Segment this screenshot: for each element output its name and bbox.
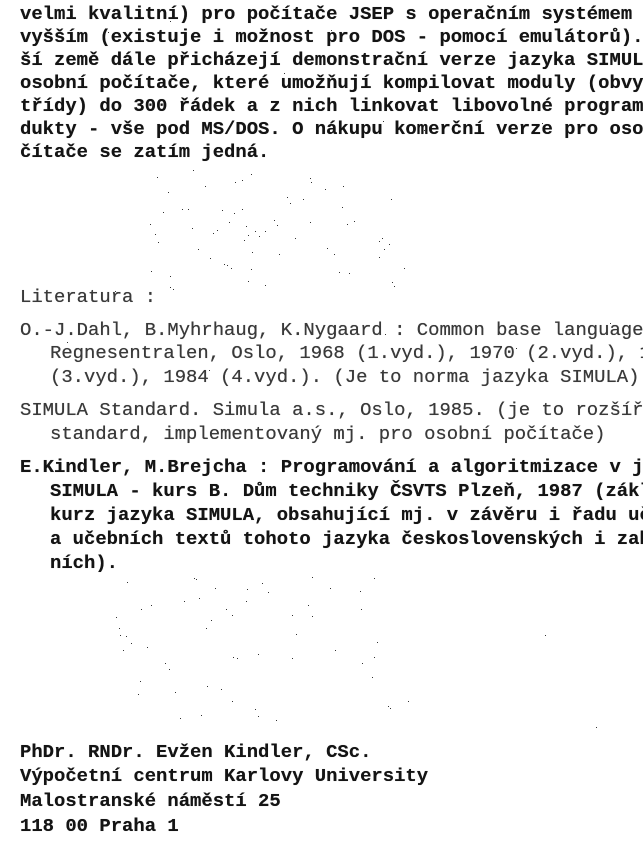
scan-speck [296, 634, 297, 635]
scan-speck [234, 213, 235, 214]
scan-speck [119, 628, 120, 629]
scan-speck [310, 222, 311, 223]
scan-speck [340, 356, 341, 357]
scan-speck [211, 620, 212, 621]
scan-speck [349, 273, 350, 274]
scan-speck [196, 579, 197, 580]
scan-speck [385, 334, 386, 335]
scan-speck [265, 231, 266, 232]
scan-speck [265, 285, 266, 286]
reference-line: a učebních textů tohoto jazyka českoslov… [50, 528, 643, 550]
intro-line: třídy) do 300 řádek a z nich linkovat li… [20, 95, 643, 117]
scan-speck [379, 241, 380, 242]
scan-speck [163, 212, 164, 213]
scan-speck [246, 601, 247, 602]
scan-speck [274, 220, 275, 221]
scan-speck [224, 264, 225, 265]
scan-speck [170, 276, 171, 277]
scan-speck [268, 592, 269, 593]
scan-speck [390, 708, 391, 709]
scan-speck [217, 230, 218, 231]
author-street: Malostranské náměstí 25 [20, 790, 281, 812]
scan-speck [360, 591, 361, 592]
scan-speck [246, 226, 247, 227]
reference-line: Regnesentralen, Oslo, 1968 (1.vyd.), 197… [50, 342, 643, 364]
scan-speck [248, 281, 249, 282]
scan-speck [277, 225, 278, 226]
scan-speck [227, 265, 228, 266]
scan-speck [232, 615, 233, 616]
reference-line: SIMULA Standard. Simula a.s., Oslo, 1985… [20, 399, 643, 421]
scan-speck [383, 121, 384, 122]
scan-speck [258, 654, 259, 655]
scan-speck [248, 235, 249, 236]
scan-speck [372, 677, 373, 678]
scan-speck [392, 282, 393, 283]
scan-speck [247, 589, 248, 590]
scan-speck [259, 236, 260, 237]
scan-speck [231, 268, 232, 269]
scan-speck [127, 582, 128, 583]
scan-speck [192, 228, 193, 229]
scan-speck [295, 238, 296, 239]
reference-line: standard, implementovaný mj. pro osobní … [50, 423, 605, 445]
literature-heading: Literatura : [20, 286, 156, 308]
scan-speck [151, 271, 152, 272]
scan-speck [408, 701, 409, 702]
scan-speck [331, 30, 332, 31]
scan-speck [210, 258, 211, 259]
scan-speck [150, 224, 151, 225]
scan-speck [232, 701, 233, 702]
reference-line: ních). [50, 552, 118, 574]
scan-speck [194, 578, 195, 579]
scan-speck [199, 598, 200, 599]
scan-speck [138, 694, 139, 695]
scan-speck [279, 254, 280, 255]
scan-speck [347, 224, 348, 225]
scan-speck [205, 186, 206, 187]
scan-speck [209, 370, 210, 371]
scan-speck [175, 692, 176, 693]
scan-speck [131, 643, 132, 644]
scan-speck [251, 174, 252, 175]
scan-speck [184, 601, 185, 602]
scan-speck [206, 628, 207, 629]
scan-speck [610, 323, 611, 324]
scan-speck [391, 199, 392, 200]
scan-speck [379, 257, 380, 258]
scan-speck [140, 681, 141, 682]
scan-speck [116, 617, 117, 618]
intro-line: dukty - vše pod MS/DOS. O nákupu komerčn… [20, 118, 643, 140]
scan-speck [362, 663, 363, 664]
scan-speck [141, 609, 142, 610]
scan-speck [170, 287, 171, 288]
scan-speck [108, 32, 109, 33]
scan-speck [173, 289, 174, 290]
scan-speck [169, 669, 170, 670]
scan-speck [158, 242, 159, 243]
scan-speck [330, 588, 331, 589]
scan-speck [213, 233, 214, 234]
scan-speck [311, 182, 312, 183]
scan-speck [374, 578, 375, 579]
scan-speck [334, 254, 335, 255]
scan-speck [229, 222, 230, 223]
reference-line: O.-J.Dahl, B.Myhrhaug, K.Nygaard : Commo… [20, 319, 643, 341]
scan-speck [384, 249, 385, 250]
scan-speck [237, 658, 238, 659]
scan-speck [188, 209, 189, 210]
scan-speck [312, 616, 313, 617]
scan-speck [242, 180, 243, 181]
scan-speck [354, 221, 355, 222]
scan-speck [389, 244, 390, 245]
scan-speck [312, 577, 313, 578]
scan-speck [180, 718, 181, 719]
scan-speck [516, 348, 517, 349]
reference-line: (3.vyd.), 1984 (4.vyd.). (Je to norma ja… [50, 366, 639, 388]
author-name: PhDr. RNDr. Evžen Kindler, CSc. [20, 741, 371, 763]
scan-speck [155, 234, 156, 235]
scan-speck [222, 210, 223, 211]
scan-speck [235, 182, 236, 183]
scan-speck [287, 197, 288, 198]
intro-line: osobní počítače, které umožňují kompilov… [20, 72, 643, 94]
author-city: 118 00 Praha 1 [20, 815, 179, 837]
scan-speck [226, 609, 227, 610]
scan-speck [262, 583, 263, 584]
scan-speck [255, 231, 256, 232]
scan-speck [115, 291, 116, 292]
scan-speck [170, 21, 171, 22]
scan-speck [292, 658, 293, 659]
scan-speck [147, 647, 148, 648]
scan-speck [339, 272, 340, 273]
scan-speck [545, 635, 546, 636]
scan-speck [335, 650, 336, 651]
scan-speck [258, 716, 259, 717]
scan-speck [394, 286, 395, 287]
scan-speck [303, 199, 304, 200]
intro-line: čítače se zatím jedná. [20, 141, 269, 163]
scan-speck [382, 238, 383, 239]
scan-speck [67, 342, 68, 343]
scan-speck [310, 178, 311, 179]
scan-speck [198, 249, 199, 250]
scan-speck [342, 207, 343, 208]
scan-speck [290, 203, 291, 204]
scan-speck [343, 186, 344, 187]
scan-speck [157, 177, 158, 178]
scan-speck [215, 588, 216, 589]
scan-speck [182, 209, 183, 210]
scan-speck [251, 269, 252, 270]
scan-speck [242, 209, 243, 210]
scan-speck [377, 642, 378, 643]
scan-speck [542, 123, 543, 124]
scan-speck [325, 189, 326, 190]
reference-line: SIMULA - kurs B. Dům techniky ČSVTS Plze… [50, 480, 643, 502]
scan-speck [193, 170, 194, 171]
scan-speck [424, 130, 425, 131]
scan-speck [388, 706, 389, 707]
scan-speck [233, 657, 234, 658]
scan-speck [165, 663, 166, 664]
reference-line: E.Kindler, M.Brejcha : Programování a al… [20, 456, 643, 478]
scan-speck [244, 240, 245, 241]
scan-speck [168, 192, 169, 193]
scan-speck [284, 73, 285, 74]
intro-line: ší země dále přicházejí demonstrační ver… [20, 49, 643, 71]
scan-speck [252, 252, 253, 253]
scan-speck [123, 650, 124, 651]
scan-speck [126, 636, 127, 637]
author-institution: Výpočetní centrum Karlovy University [20, 765, 428, 787]
scan-speck [404, 268, 405, 269]
scan-speck [361, 609, 362, 610]
intro-line: velmi kvalitní) pro počítače JSEP s oper… [20, 3, 643, 25]
scan-speck [151, 605, 152, 606]
scan-speck [221, 689, 222, 690]
scan-speck [596, 727, 597, 728]
scan-speck [374, 657, 375, 658]
scan-speck [308, 605, 309, 606]
scan-speck [201, 715, 202, 716]
scan-speck [292, 615, 293, 616]
scan-speck [276, 720, 277, 721]
reference-line: kurz jazyka SIMULA, obsahující mj. v záv… [50, 504, 643, 526]
scan-speck [255, 709, 256, 710]
scan-speck [207, 686, 208, 687]
scan-speck [327, 248, 328, 249]
scan-speck [120, 635, 121, 636]
